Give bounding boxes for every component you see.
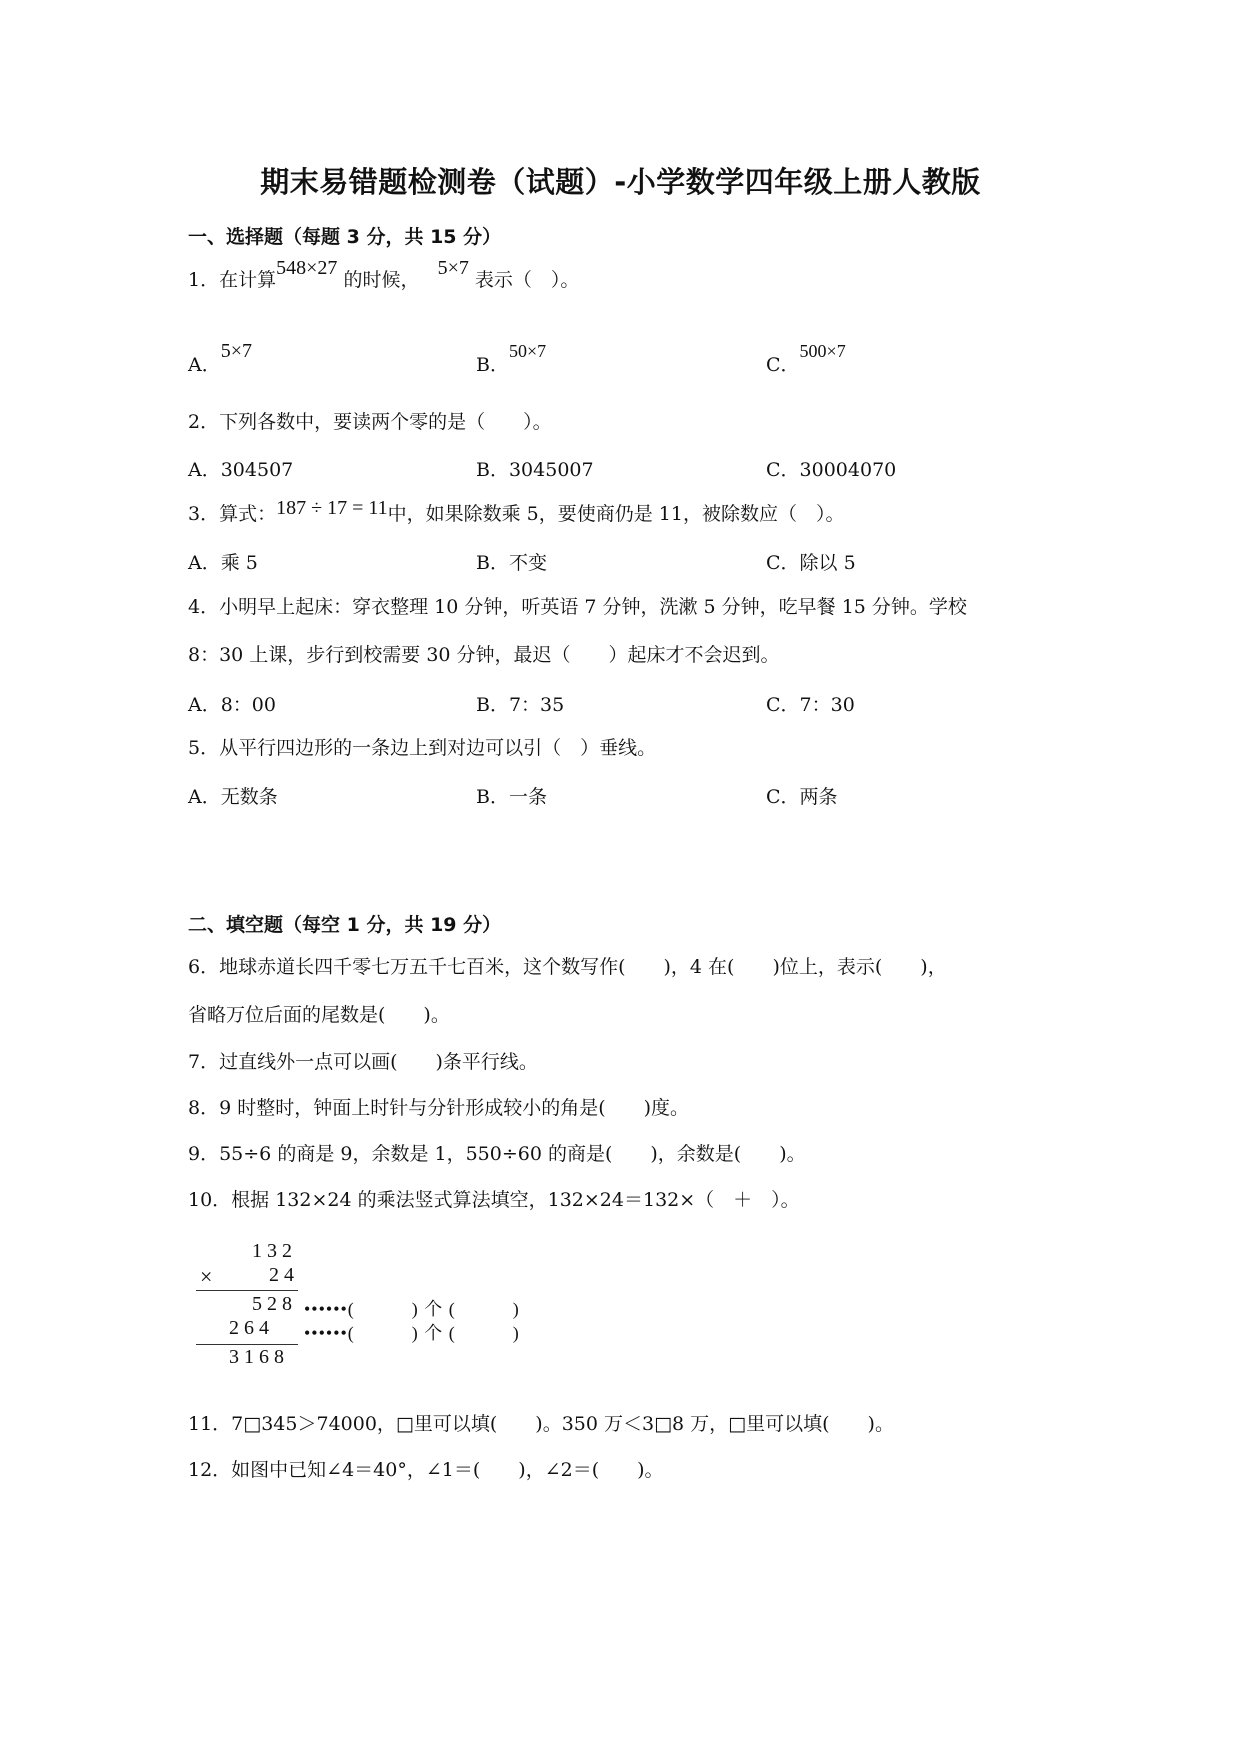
q4-option-a: A．8：00 bbox=[188, 690, 276, 717]
question-9: 9．55÷6 的商是 9，余数是 1，550÷60 的商是( )，余数是( )。 bbox=[188, 1142, 806, 1166]
question-text: 中，如果除数乘 5，要使商仍是 11，被除数应（ ）。 bbox=[388, 503, 845, 525]
math-expression: 548×27 bbox=[276, 257, 337, 279]
q4-option-b: B．7：35 bbox=[476, 690, 564, 717]
q3-option-a: A．乘 5 bbox=[188, 548, 258, 575]
q2-option-b: B．3045007 bbox=[476, 455, 594, 482]
option-label: C． bbox=[766, 354, 800, 376]
question-2: 2．下列各数中，要读两个零的是（ ）。 bbox=[188, 410, 552, 434]
q3-option-b: B．不变 bbox=[476, 548, 547, 575]
question-6-line-2: 省略万位后面的尾数是( )。 bbox=[188, 1003, 450, 1027]
question-text: 表示（ ）。 bbox=[475, 269, 580, 291]
question-10: 10．根据 132×24 的乘法竖式算法填空，132×24＝132×（ ＋ ）。 bbox=[188, 1188, 800, 1212]
math-expression: 187 ÷ 17 = 11 bbox=[276, 497, 388, 519]
option-value: 50×7 bbox=[509, 341, 546, 361]
math-expression: 5×7 bbox=[438, 257, 469, 279]
times-sign: × bbox=[200, 1264, 217, 1290]
multiplier: 24 bbox=[269, 1264, 299, 1287]
q4-option-c: C．7：30 bbox=[766, 690, 855, 717]
question-number: 3． bbox=[188, 503, 219, 525]
partial-1-annotation: ••••••( ) 个 ( ) bbox=[304, 1295, 520, 1321]
question-4-line-1: 4．小明早上起床：穿衣整理 10 分钟，听英语 7 分钟，洗漱 5 分钟，吃早餐… bbox=[188, 595, 967, 619]
q5-option-a: A．无数条 bbox=[188, 782, 278, 809]
question-3: 3．算式：187 ÷ 17 = 11中，如果除数乘 5，要使商仍是 11，被除数… bbox=[188, 502, 844, 526]
option-value: 5×7 bbox=[221, 340, 252, 362]
option-value: 500×7 bbox=[800, 341, 846, 361]
q1-option-b: B．50×7 bbox=[476, 350, 546, 377]
divider-line bbox=[196, 1344, 298, 1345]
question-4-line-2: 8：30 上课，步行到校需要 30 分钟，最迟（ ）起床才不会迟到。 bbox=[188, 643, 780, 667]
question-5: 5．从平行四边形的一条边上到对边可以引（ ）垂线。 bbox=[188, 736, 656, 760]
q5-option-c: C．两条 bbox=[766, 782, 838, 809]
q3-option-c: C．除以 5 bbox=[766, 548, 856, 575]
q2-option-a: A．304507 bbox=[188, 455, 293, 482]
option-label: B． bbox=[476, 354, 509, 376]
question-number: 1． bbox=[188, 269, 219, 291]
q1-option-c: C．500×7 bbox=[766, 350, 846, 377]
partial-2-annotation: ••••••( ) 个 ( ) bbox=[304, 1319, 520, 1345]
q1-option-a: A．5×7 bbox=[188, 350, 252, 377]
page-title: 期末易错题检测卷（试题）-小学数学四年级上册人教版 bbox=[0, 160, 1241, 201]
question-8: 8．9 时整时，钟面上时针与分针形成较小的角是( )度。 bbox=[188, 1096, 689, 1120]
section-heading-choice: 一、选择题（每题 3 分，共 15 分） bbox=[188, 222, 501, 249]
question-6-line-1: 6．地球赤道长四千零七万五千七百米，这个数写作( )，4 在( )位上，表示( … bbox=[188, 955, 947, 979]
partial-product-1: 528 bbox=[252, 1293, 297, 1316]
question-text: 的时候， bbox=[343, 269, 419, 291]
option-label: A． bbox=[188, 354, 221, 376]
multiplicand: 132 bbox=[252, 1240, 297, 1263]
divider-line bbox=[196, 1290, 298, 1291]
section-heading-fill-blank: 二、填空题（每空 1 分，共 19 分） bbox=[188, 910, 501, 937]
question-text: 在计算 bbox=[219, 269, 276, 291]
question-1: 1．在计算548×27 的时候， 5×7 表示（ ）。 bbox=[188, 268, 579, 292]
q5-option-b: B．一条 bbox=[476, 782, 547, 809]
question-11: 11．7□345＞74000，□里可以填( )。350 万＜3□8 万，□里可以… bbox=[188, 1412, 894, 1436]
q2-option-c: C．30004070 bbox=[766, 455, 896, 482]
vertical-multiplication: 132 × 24 528 ••••••( ) 个 ( ) 264 ••••••(… bbox=[192, 1240, 612, 1380]
question-12: 12．如图中已知∠4＝40°，∠1＝( )，∠2＝( )。 bbox=[188, 1458, 664, 1482]
question-7: 7．过直线外一点可以画( )条平行线。 bbox=[188, 1050, 538, 1074]
question-text: 算式： bbox=[219, 503, 276, 525]
partial-product-2: 264 bbox=[229, 1317, 274, 1340]
final-product: 3168 bbox=[229, 1346, 289, 1369]
